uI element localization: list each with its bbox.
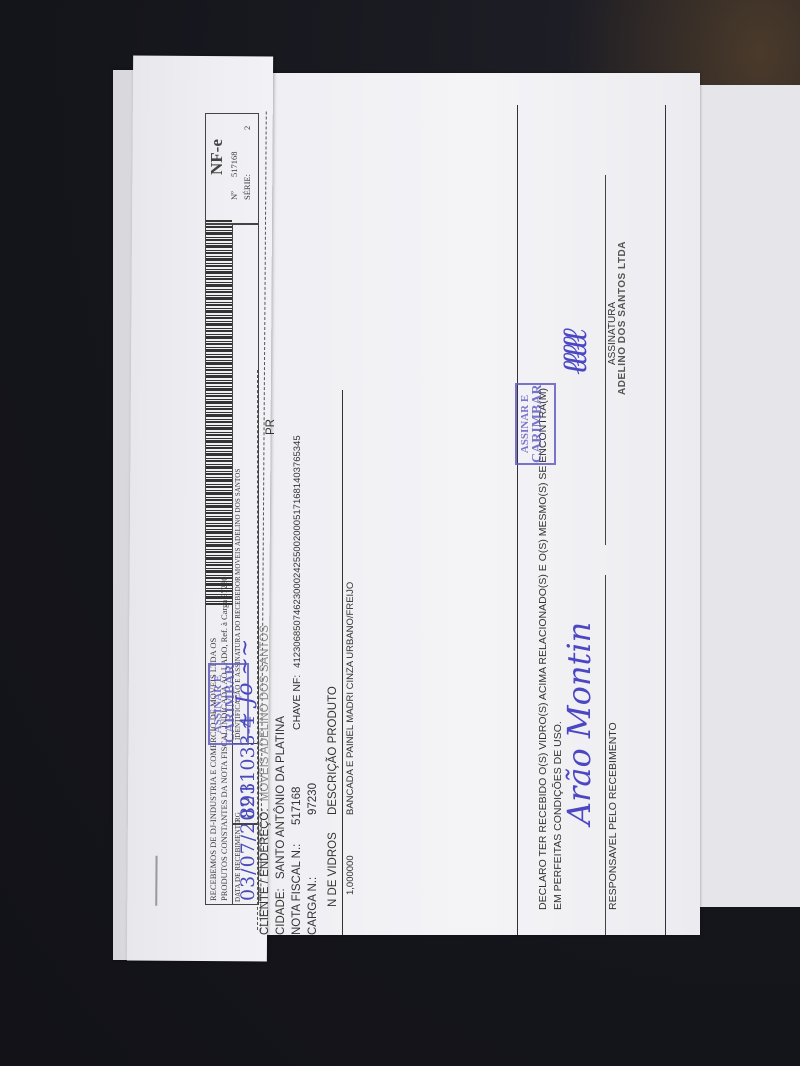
section-rule-1: [517, 105, 518, 935]
stamp-line2: CARIMBAR: [531, 385, 545, 463]
table-cell-quantity: 1,000000: [345, 855, 356, 895]
margin-mark: [155, 856, 157, 906]
load-value: 97230: [307, 783, 319, 815]
number-value: 517168: [229, 152, 239, 178]
table-header-description: DESCRIÇÃO PRODUTO: [327, 686, 339, 815]
invoice-value: 517168: [291, 787, 303, 825]
client-label: CLIENTE / ENDEREÇO:: [259, 808, 271, 935]
table-header-rule: [342, 390, 343, 935]
invoice-label: NOTA FISCAL N.:: [291, 844, 303, 935]
client-value: MOVEIS ADELINO DOS SANTOS: [259, 625, 271, 801]
state-value: PR: [265, 419, 277, 435]
section-rule-2: [665, 105, 666, 935]
key-value: 4123068507462300024255002000517168140376…: [292, 435, 303, 667]
stamp-line2: CARIMBAR: [224, 665, 238, 743]
key-label: CHAVE NF:: [291, 675, 303, 730]
sign-and-stamp-stamp-main: ASSINAR E CARIMBAR: [515, 383, 556, 465]
client-row: CLIENTE / ENDEREÇO: MOVEIS ADELINO DOS S…: [259, 625, 271, 935]
city-row: CIDADE: SANTO ANTÔNIO DA PLATINA: [275, 716, 287, 935]
load-label: CARGA N.:: [307, 877, 319, 935]
main-content: CLIENTE / ENDEREÇO: MOVEIS ADELINO DOS S…: [255, 55, 695, 935]
key-row: CHAVE NF: 412306850746230002425500200051…: [291, 435, 303, 730]
receiver-signature: Arão Montin: [560, 622, 598, 825]
table-cell-description: BANCADA E PAINEL MADRI CINZA URBANO/FREI…: [345, 582, 356, 815]
sign-and-stamp-stamp-stub: ASSINAR E CARIMBAR: [208, 663, 249, 745]
table-header-glass-count: N DE VIDROS: [327, 832, 339, 907]
receiver-label: RESPONSAVEL PELO RECEBIMENTO: [607, 722, 619, 910]
number-label: Nº: [229, 191, 239, 200]
city-value: SANTO ANTÔNIO DA PLATINA: [275, 716, 287, 879]
cut-line: [257, 370, 258, 930]
issuer-signature: ℓℓℓℓℓ: [555, 334, 595, 375]
nfe-label: NF-e: [207, 139, 227, 175]
city-label: CIDADE:: [275, 888, 287, 935]
series-label: SÉRIE:: [242, 174, 252, 200]
signature-stamp: ADELINO DOS SANTOS LTDA: [617, 241, 628, 395]
declaration-line1: DECLARO TER RECEBIDO O(S) VIDRO(S) ACIMA…: [537, 388, 549, 910]
barcode: [206, 220, 232, 605]
issuer-signature-line: [605, 175, 606, 545]
receiver-signature-line: [605, 575, 606, 935]
cert-sub: MOVEIS ADELINO DOS SANTOS: [234, 469, 242, 575]
series-value: 2: [242, 126, 252, 130]
